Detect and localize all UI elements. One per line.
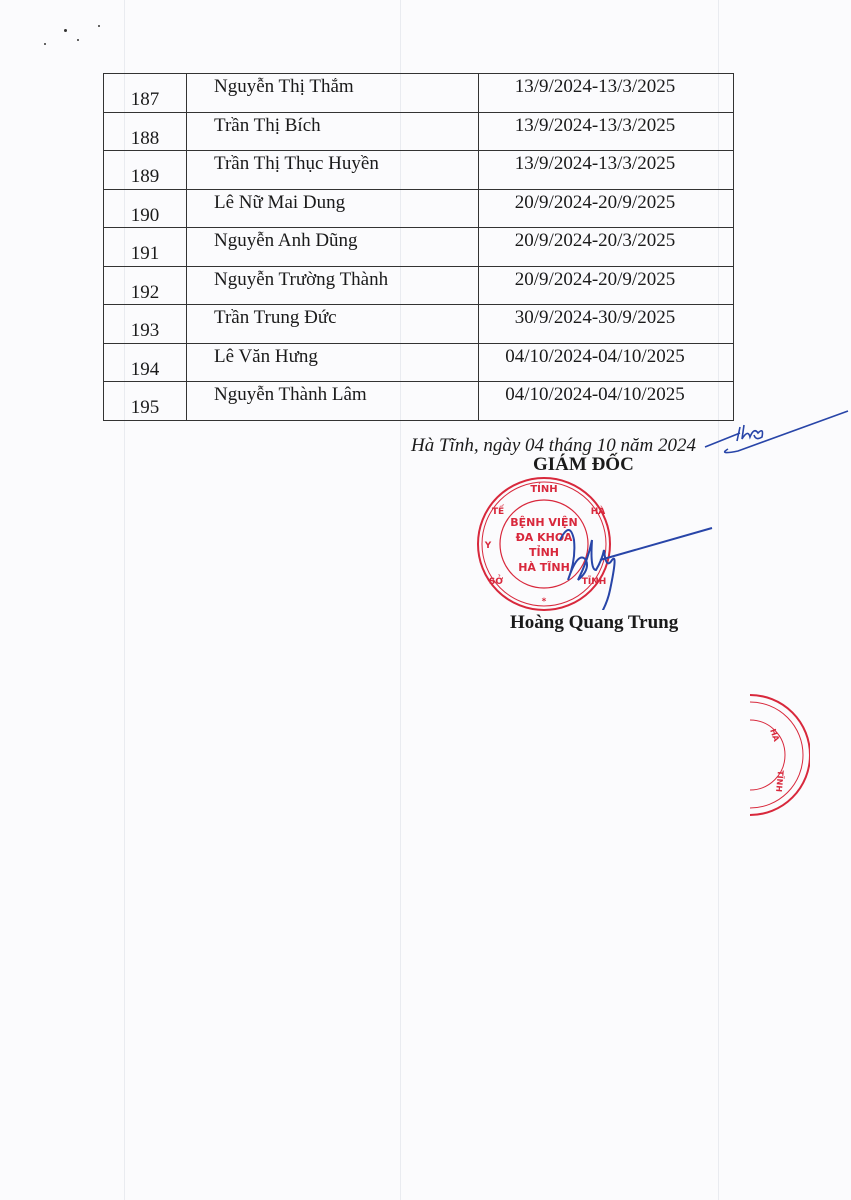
svg-text:TĨNH: TĨNH <box>774 770 786 793</box>
row-number-cell: 194 <box>104 343 187 382</box>
row-number: 187 <box>104 74 186 111</box>
table-row: 187Nguyễn Thị Thắm13/9/2024-13/3/2025 <box>104 74 734 113</box>
row-number-cell: 191 <box>104 228 187 267</box>
signer-title: GIÁM ĐỐC <box>533 454 634 476</box>
table-row: 190Lê Nữ Mai Dung20/9/2024-20/9/2025 <box>104 189 734 228</box>
employee-name-cell: Lê Văn Hưng <box>187 343 479 382</box>
employee-name-cell: Lê Nữ Mai Dung <box>187 189 479 228</box>
contract-period-cell: 13/9/2024-13/3/2025 <box>479 151 734 190</box>
svg-text:BỆNH VIỆN: BỆNH VIỆN <box>510 516 577 529</box>
row-number: 189 <box>104 151 186 188</box>
contract-period-cell: 04/10/2024-04/10/2025 <box>479 382 734 421</box>
row-number: 191 <box>104 228 186 265</box>
employee-name: Trần Thị Bích <box>187 113 478 137</box>
signer-name: Hoàng Quang Trung <box>510 612 678 634</box>
contract-period: 20/9/2024-20/9/2025 <box>479 190 733 214</box>
svg-text:Y: Y <box>484 541 492 551</box>
staff-table: 187Nguyễn Thị Thắm13/9/2024-13/3/2025188… <box>103 73 734 421</box>
contract-period: 13/9/2024-13/3/2025 <box>479 151 733 175</box>
employee-name: Nguyễn Thành Lâm <box>187 382 478 406</box>
employee-name: Nguyễn Thị Thắm <box>187 74 478 98</box>
contract-period-cell: 13/9/2024-13/3/2025 <box>479 74 734 113</box>
contract-period: 13/9/2024-13/3/2025 <box>479 74 733 98</box>
table-row: 191Nguyễn Anh Dũng20/9/2024-20/3/2025 <box>104 228 734 267</box>
employee-name: Nguyễn Trường Thành <box>187 267 478 291</box>
row-number-cell: 188 <box>104 112 187 151</box>
row-number-cell: 192 <box>104 266 187 305</box>
partial-seal: HÀ TĨNH <box>700 690 810 820</box>
svg-text:*: * <box>542 597 547 607</box>
row-number: 192 <box>104 267 186 304</box>
employee-name-cell: Nguyễn Trường Thành <box>187 266 479 305</box>
svg-text:TĨNH: TĨNH <box>582 576 607 587</box>
table-row: 192Nguyễn Trường Thành20/9/2024-20/9/202… <box>104 266 734 305</box>
contract-period: 30/9/2024-30/9/2025 <box>479 305 733 329</box>
svg-text:TẾ: TẾ <box>492 504 505 517</box>
employee-name: Trần Thị Thục Huyền <box>187 151 478 175</box>
row-number-cell: 189 <box>104 151 187 190</box>
table-row: 193Trần Trung Đức30/9/2024-30/9/2025 <box>104 305 734 344</box>
contract-period: 13/9/2024-13/3/2025 <box>479 113 733 137</box>
employee-name-cell: Trần Thị Bích <box>187 112 479 151</box>
row-number: 188 <box>104 113 186 150</box>
contract-period-cell: 20/9/2024-20/9/2025 <box>479 266 734 305</box>
contract-period-cell: 20/9/2024-20/9/2025 <box>479 189 734 228</box>
table-row: 195Nguyễn Thành Lâm04/10/2024-04/10/2025 <box>104 382 734 421</box>
row-number: 193 <box>104 305 186 342</box>
contract-period-cell: 30/9/2024-30/9/2025 <box>479 305 734 344</box>
table-row: 188Trần Thị Bích13/9/2024-13/3/2025 <box>104 112 734 151</box>
row-number-cell: 190 <box>104 189 187 228</box>
contract-period: 20/9/2024-20/9/2025 <box>479 267 733 291</box>
row-number: 194 <box>104 344 186 381</box>
row-number-cell: 195 <box>104 382 187 421</box>
table-row: 194Lê Văn Hưng04/10/2024-04/10/2025 <box>104 343 734 382</box>
row-number-cell: 187 <box>104 74 187 113</box>
contract-period-cell: 20/9/2024-20/3/2025 <box>479 228 734 267</box>
official-seal: TỈNH BỆNH VIỆN ĐA KHOA TỈNH HÀ TĨNH Y TẾ… <box>474 474 614 614</box>
svg-text:HÀ TĨNH: HÀ TĨNH <box>518 561 570 574</box>
svg-text:TỈNH: TỈNH <box>529 545 559 559</box>
contract-period: 04/10/2024-04/10/2025 <box>479 344 733 368</box>
contract-period: 04/10/2024-04/10/2025 <box>479 382 733 406</box>
employee-name-cell: Trần Thị Thục Huyền <box>187 151 479 190</box>
contract-period-cell: 04/10/2024-04/10/2025 <box>479 343 734 382</box>
employee-name-cell: Trần Trung Đức <box>187 305 479 344</box>
employee-name-cell: Nguyễn Thị Thắm <box>187 74 479 113</box>
employee-name: Lê Văn Hưng <box>187 344 478 368</box>
svg-text:TỈNH: TỈNH <box>530 481 557 495</box>
table-row: 189Trần Thị Thục Huyền13/9/2024-13/3/202… <box>104 151 734 190</box>
contract-period-cell: 13/9/2024-13/3/2025 <box>479 112 734 151</box>
employee-name-cell: Nguyễn Thành Lâm <box>187 382 479 421</box>
employee-name: Nguyễn Anh Dũng <box>187 228 478 252</box>
row-number: 190 <box>104 190 186 227</box>
employee-name: Trần Trung Đức <box>187 305 478 329</box>
employee-name: Lê Nữ Mai Dung <box>187 190 478 214</box>
svg-text:HÀ: HÀ <box>591 505 606 517</box>
svg-text:HÀ: HÀ <box>768 727 783 744</box>
row-number: 195 <box>104 382 186 419</box>
employee-name-cell: Nguyễn Anh Dũng <box>187 228 479 267</box>
row-number-cell: 193 <box>104 305 187 344</box>
svg-text:ĐA KHOA: ĐA KHOA <box>516 531 573 544</box>
contract-period: 20/9/2024-20/3/2025 <box>479 228 733 252</box>
